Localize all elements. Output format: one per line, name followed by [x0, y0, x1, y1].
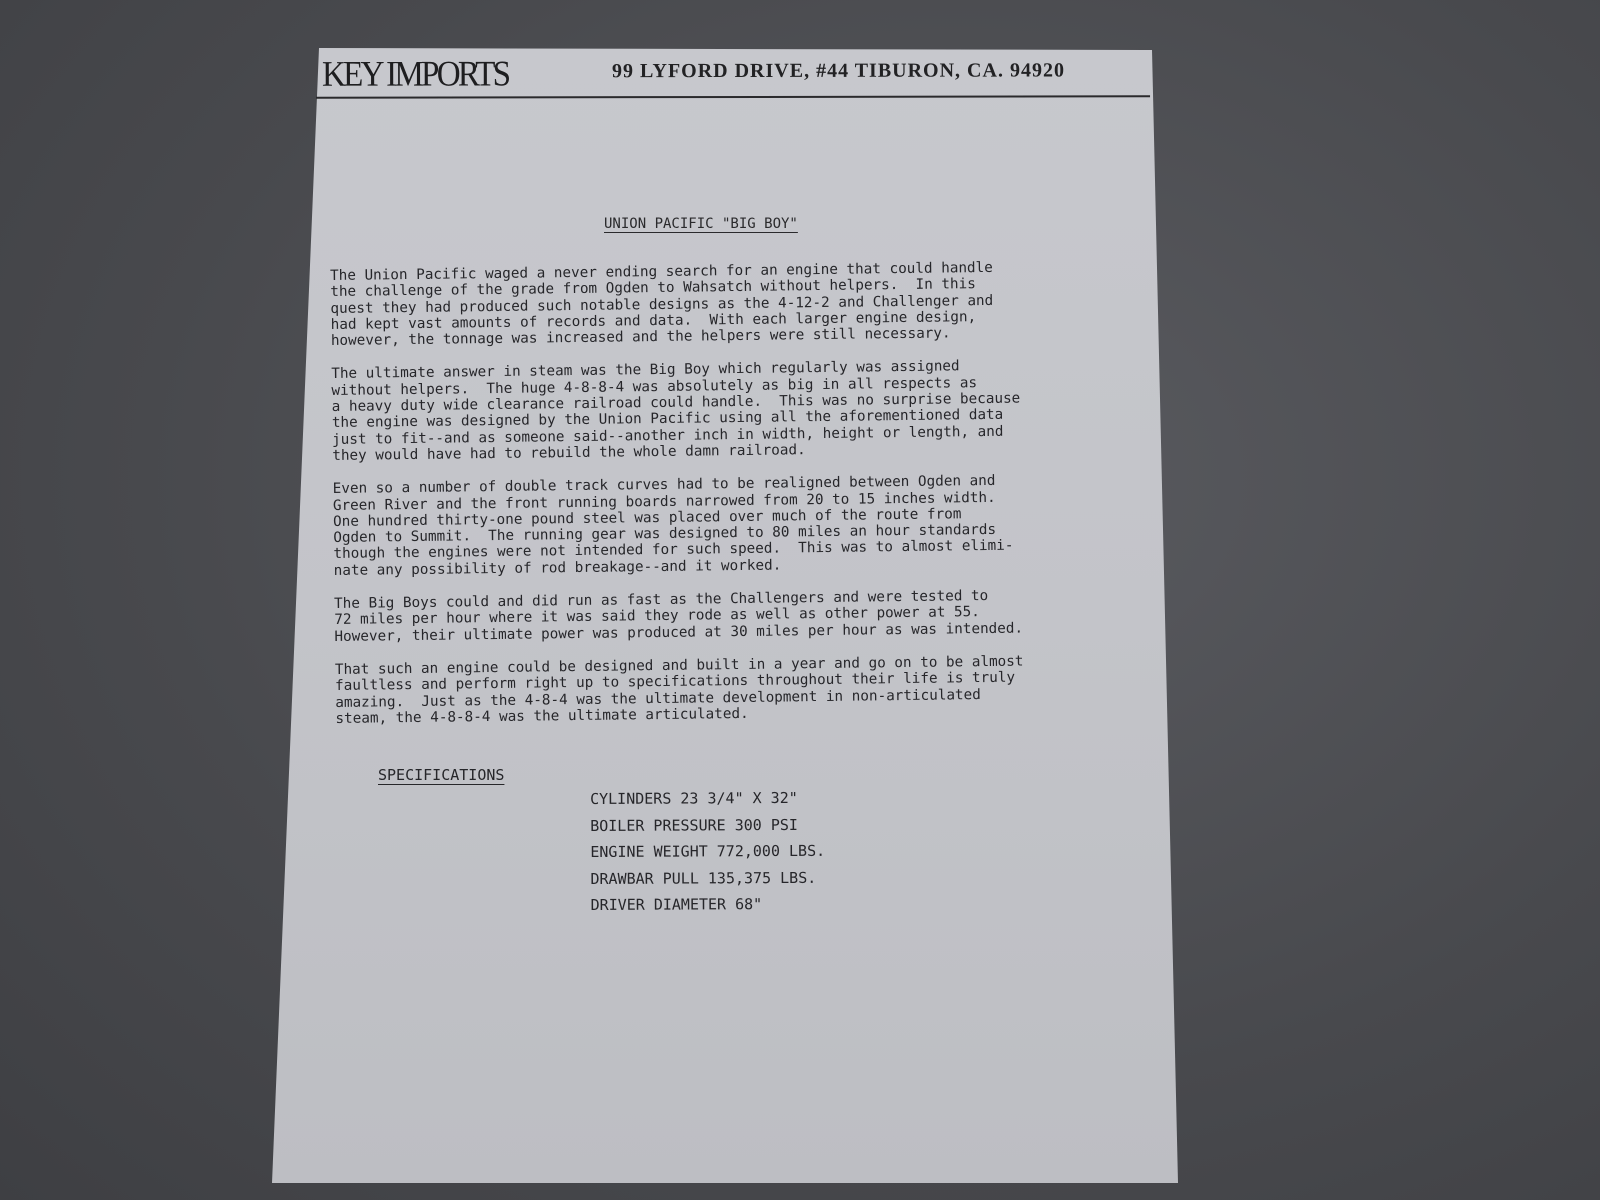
spec-item: DRAWBAR PULL 135,375 LBS.: [590, 868, 825, 896]
document-body: The Union Pacific waged a never ending s…: [330, 257, 1196, 744]
specifications-list: CYLINDERS 23 3/4" X 32" BOILER PRESSURE …: [590, 789, 826, 923]
paragraph: The Big Boys could and did run as fast a…: [334, 586, 1195, 645]
paragraph: Even so a number of double track curves …: [333, 471, 1194, 579]
paragraph: That such an engine could be designed an…: [335, 651, 1196, 727]
document-photo: KEY IMPORTS 99 LYFORD DRIVE, #44 TIBURON…: [0, 0, 1600, 1200]
spec-item: BOILER PRESSURE 300 PSI: [590, 815, 825, 843]
spec-item: CYLINDERS 23 3/4" X 32": [590, 789, 825, 817]
document-title: UNION PACIFIC "BIG BOY": [604, 216, 798, 232]
company-address: 99 LYFORD DRIVE, #44 TIBURON, CA. 94920: [612, 59, 1065, 83]
spec-item: ENGINE WEIGHT 772,000 LBS.: [590, 842, 825, 870]
company-logo: KEY IMPORTS: [322, 52, 508, 94]
letterhead: KEY IMPORTS 99 LYFORD DRIVE, #44 TIBURON…: [316, 51, 1150, 98]
paragraph: The Union Pacific waged a never ending s…: [330, 257, 1191, 349]
spec-item: DRIVER DIAMETER 68": [591, 895, 826, 923]
paragraph: The ultimate answer in steam was the Big…: [331, 356, 1192, 464]
specifications-heading: SPECIFICATIONS: [378, 766, 504, 784]
